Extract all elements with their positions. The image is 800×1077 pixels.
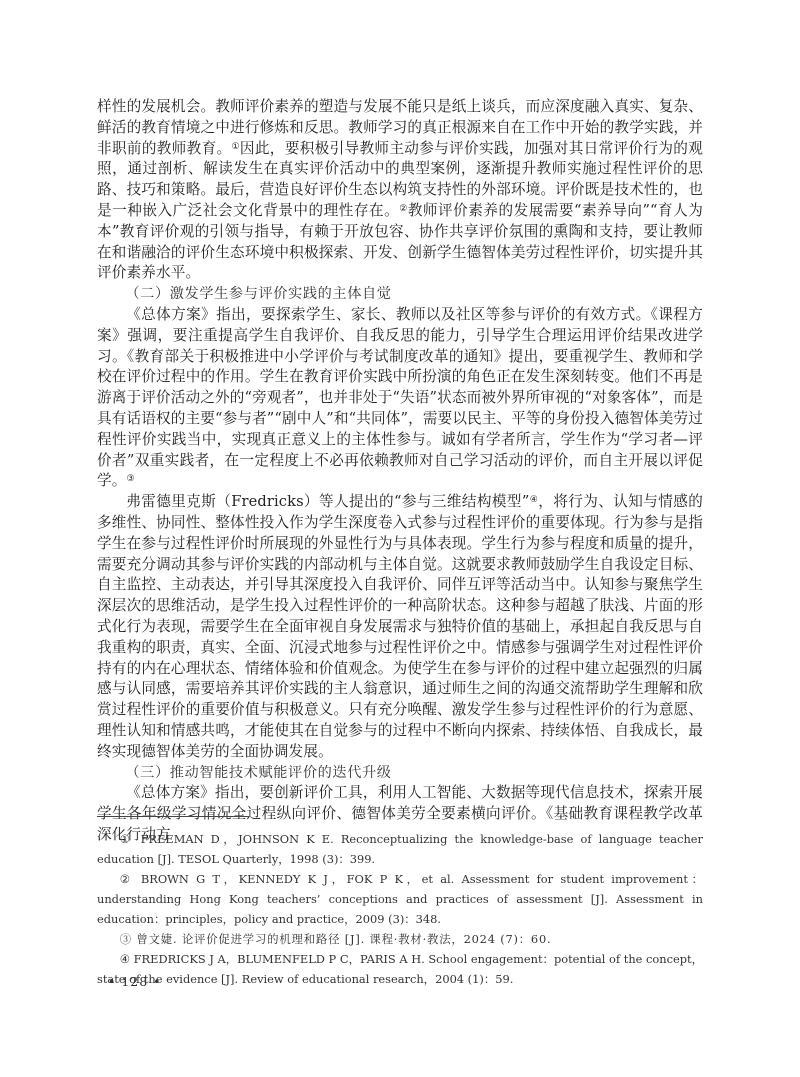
- paragraph-text: ，将行为、认知与情感的多维性、协同性、整体性投入作为学生深度卷入式参与过程性评价…: [97, 493, 703, 760]
- paragraph-text: 弗雷德里克斯（Fredricks）等人提出的“参与三维结构模型”: [126, 493, 529, 510]
- page-number: • 128 •: [108, 974, 162, 989]
- paragraph-teacher-literacy: 样性的发展机会。教师评价素养的塑造与发展不能只是纸上谈兵，而应深度融入真实、复杂…: [97, 97, 703, 284]
- paragraph-text: 《总体方案》指出，要探索学生、家长、教师以及社区等参与评价的有效方式。《课程方案…: [97, 306, 703, 489]
- footnotes: ① FREEMAN D，JOHNSON K E. Reconceptualizi…: [97, 829, 703, 989]
- paragraph-student-participation: 《总体方案》指出，要探索学生、家长、教师以及社区等参与评价的有效方式。《课程方案…: [97, 305, 703, 492]
- footnote-2: ② BROWN G T，KENNEDY K J，FOK P K，et al. A…: [97, 869, 703, 929]
- footnote-ref-2[interactable]: ②: [399, 204, 408, 214]
- section-heading-2: （二）激发学生参与评价实践的主体自觉: [97, 284, 703, 305]
- section-heading-3: （三）推动智能技术赋能评价的迭代升级: [97, 763, 703, 784]
- footnote-1: ① FREEMAN D，JOHNSON K E. Reconceptualizi…: [97, 829, 703, 869]
- footnote-ref-4[interactable]: ④: [530, 495, 539, 505]
- main-text: 样性的发展机会。教师评价素养的塑造与发展不能只是纸上谈兵，而应深度融入真实、复杂…: [97, 97, 703, 846]
- footnote-divider: [97, 816, 249, 817]
- footnote-ref-3[interactable]: ③: [127, 474, 135, 484]
- footnote-3: ③ 曾文婕. 论评价促进学习的机理和路径 [J]. 课程·教材·教法，2024 …: [97, 929, 703, 949]
- footnote-ref-1[interactable]: ①: [232, 142, 240, 152]
- footnote-4: ④ FREDRICKS J A，BLUMENFELD P C，PARIS A H…: [97, 949, 703, 989]
- paragraph-fredricks-model: 弗雷德里克斯（Fredricks）等人提出的“参与三维结构模型”④，将行为、认知…: [97, 492, 703, 762]
